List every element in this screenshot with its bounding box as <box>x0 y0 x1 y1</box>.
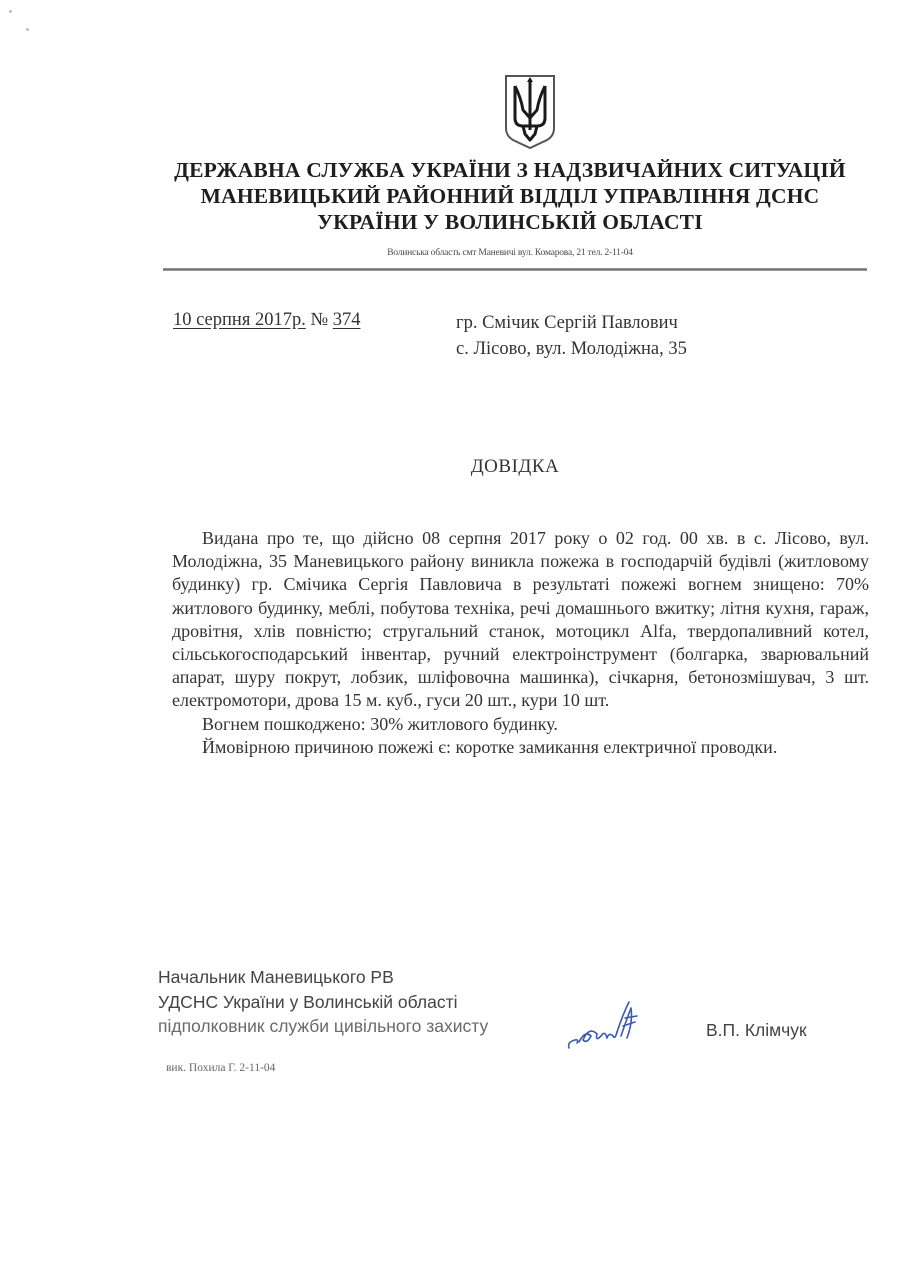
number-sign: № <box>310 310 328 330</box>
executor-note: вик. Похила Г. 2-11-04 <box>166 1062 275 1074</box>
letterhead: ДЕРЖАВНА СЛУЖБА УКРАЇНИ З НАДЗВИЧАЙНИХ С… <box>150 157 870 235</box>
agency-name-line-3: УКРАЇНИ У ВОЛИНСЬКІЙ ОБЛАСТІ <box>150 209 870 235</box>
body-paragraph-cause: Ймовірною причиною пожежі є: коротке зам… <box>172 736 869 759</box>
scan-speck <box>9 10 12 13</box>
document-title: ДОВІДКА <box>0 456 900 478</box>
registration-number: 10 серпня 2017р. № 374 <box>173 310 361 331</box>
recipient-name: гр. Смічик Сергій Павлович <box>456 310 687 336</box>
signer-name: В.П. Клімчук <box>706 1020 807 1041</box>
position-line-2: УДСНС України у Волинській області <box>158 990 488 1015</box>
coat-of-arms-icon <box>503 74 557 150</box>
position-line-1: Начальник Маневицького РВ <box>158 965 488 990</box>
registration-number-value: 374 <box>333 310 361 330</box>
agency-address: Волинська область смт Маневичі вул. Кома… <box>150 248 870 258</box>
header-divider <box>163 268 867 271</box>
agency-name-line-1: ДЕРЖАВНА СЛУЖБА УКРАЇНИ З НАДЗВИЧАЙНИХ С… <box>150 157 870 183</box>
agency-name-line-2: МАНЕВИЦЬКИЙ РАЙОННИЙ ВІДДІЛ УПРАВЛІННЯ Д… <box>150 183 870 209</box>
signatory-position: Начальник Маневицького РВ УДСНС України … <box>158 965 488 1039</box>
body-paragraph-main: Видана про те, що дійсно 08 серпня 2017 … <box>172 527 869 713</box>
registration-date: 10 серпня 2017р. <box>173 310 306 330</box>
recipient-block: гр. Смічик Сергій Павлович с. Лісово, ву… <box>456 310 687 362</box>
handwritten-signature-icon <box>565 996 647 1056</box>
document-body: Видана про те, що дійсно 08 серпня 2017 … <box>172 527 869 759</box>
body-paragraph-damage: Вогнем пошкоджено: 30% житлового будинку… <box>172 713 869 736</box>
position-line-3: підполковник служби цивільного захисту <box>158 1014 488 1039</box>
scan-speck <box>26 28 29 31</box>
recipient-address: с. Лісово, вул. Молодіжна, 35 <box>456 336 687 362</box>
